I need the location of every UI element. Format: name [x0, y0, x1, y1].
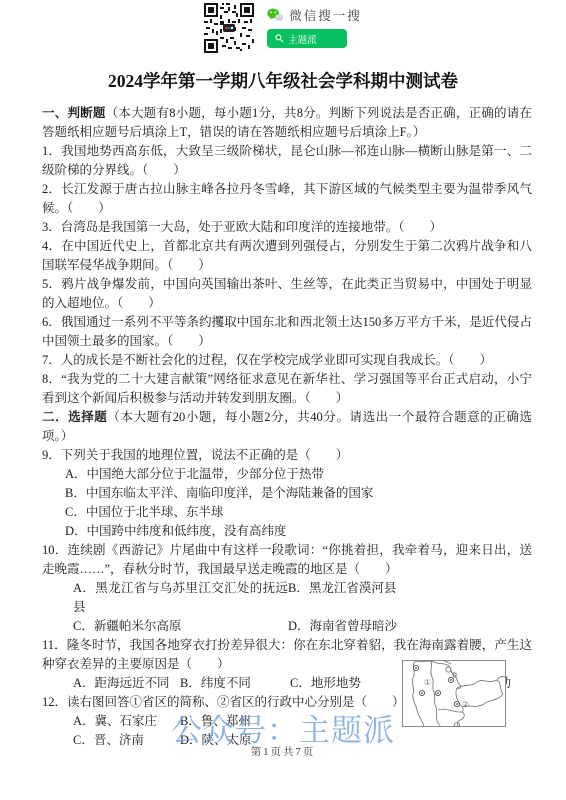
question-3: 3．台湾岛是我国第一大岛，处于亚欧大陆和印度洋的连接地带。（ ）	[42, 218, 532, 237]
question-2: 2．长江发源于唐古拉山脉主峰各拉丹冬雪峰，其下游区域的气候类型主要为温带季风气候…	[42, 180, 532, 218]
question-9-option-a: A．中国绝大部分位于北温带，少部分位于热带	[42, 465, 532, 484]
map-label-2: ②	[462, 700, 469, 709]
question-10-option-b: B．黑龙江省漠河县	[288, 579, 396, 617]
question-6: 6．俄国通过一系列不平等条约攫取中国东北和西北领土达150多万平方千米，是近代侵…	[42, 313, 532, 351]
section-1-instructions: （本大题有8小题，每小题1分，共8分。判断下列说法是否正确，正确的请在答题纸相应…	[42, 106, 532, 139]
wechat-header: 微信搜一搜 主题派	[0, 0, 566, 57]
question-11-option-c: C．地形地势	[290, 674, 402, 693]
page-title: 2024学年第一学期八年级社会学科期中测试卷	[0, 68, 566, 93]
wechat-search-label: 微信搜一搜	[289, 6, 362, 24]
search-icon	[275, 34, 284, 43]
question-10-option-a: A．黑龙江省与乌苏里江交汇处的抚远县	[73, 579, 288, 617]
wechat-search-block: 微信搜一搜 主题派	[267, 3, 362, 48]
question-5: 5．鸦片战争爆发前，中国向英国输出茶叶、生丝等，在此类正当贸易中，中国处于明显的…	[42, 275, 532, 313]
section-1-heading: 一、判断题（本大题有8小题，每小题1分，共8分。判断下列说法是否正确，正确的请在…	[42, 104, 532, 142]
question-7: 7．人的成长是不断社会化的过程，仅在学校完成学业即可实现自我成长。（ ）	[42, 351, 532, 370]
section-1-title: 一、判断题	[42, 106, 106, 120]
question-12-option-a: A．冀、石家庄	[73, 712, 180, 731]
wechat-search-row: 微信搜一搜	[267, 6, 362, 24]
question-10-stem: 10．连续剧《西游记》片尾曲中有这样一段歌词：“你挑着担，我牵着马，迎来日出，送…	[42, 541, 532, 579]
question-10-options-row-2: C．新疆帕米尔高原 D．海南省曾母暗沙	[42, 617, 532, 636]
qr-code	[204, 3, 254, 53]
map-label-1: ①	[424, 678, 431, 687]
question-12-option-b: B．鲁、郑州	[180, 712, 251, 731]
question-1: 1．我国地势西高东低，大致呈三级阶梯状，昆仑山脉—祁连山脉—横断山脉是第一、二级…	[42, 142, 532, 180]
question-9-option-c: C．中国位于北半球、东半球	[42, 503, 532, 522]
question-9-option-d: D．中国跨中纬度和低纬度，没有高纬度	[42, 522, 532, 541]
question-9-stem: 9．下列关于我国的地理位置，说法不正确的是（ ）	[42, 446, 532, 465]
exam-page: 微信搜一搜 主题派 2024学年第一学期八年级社会学科期中测试卷 一、判断题（本…	[0, 0, 566, 800]
search-button-label: 主题派	[288, 32, 317, 46]
question-10-option-d: D．海南省曾母暗沙	[288, 617, 397, 636]
question-11-option-a: A．距海远近不同	[73, 674, 180, 693]
question-11-option-b: B．纬度不同	[180, 674, 290, 693]
question-8: 8．“我为党的二十大建言献策”网络征求意见在新华社、学习强国等平台正式启动，小宁…	[42, 370, 532, 408]
section-2-heading: 二．选择题（本大题有20小题，每小题2分，共40分。请选出一个最符合题意的正确选…	[42, 408, 532, 446]
section-2-instructions: （本大题有20小题，每小题2分，共40分。请选出一个最符合题意的正确选项。）	[42, 410, 532, 443]
question-9-option-b: B．中国东临太平洋、南临印度洋，是个海陆兼备的国家	[42, 484, 532, 503]
wechat-icon	[267, 8, 283, 22]
question-4: 4．在中国近代史上，首都北京共有两次遭到列强侵占，分别发生于第二次鸦片战争和八国…	[42, 237, 532, 275]
search-button[interactable]: 主题派	[267, 29, 347, 48]
question-10-options-row-1: A．黑龙江省与乌苏里江交汇处的抚远县 B．黑龙江省漠河县	[42, 579, 532, 617]
page-footer: 第1页共7页	[0, 744, 566, 759]
exam-content: 一、判断题（本大题有8小题，每小题1分，共8分。判断下列说法是否正确，正确的请在…	[0, 93, 566, 750]
question-10-option-c: C．新疆帕米尔高原	[73, 617, 288, 636]
section-2-title: 二．选择题	[42, 410, 107, 424]
province-map-figure: ① ②	[402, 660, 506, 727]
